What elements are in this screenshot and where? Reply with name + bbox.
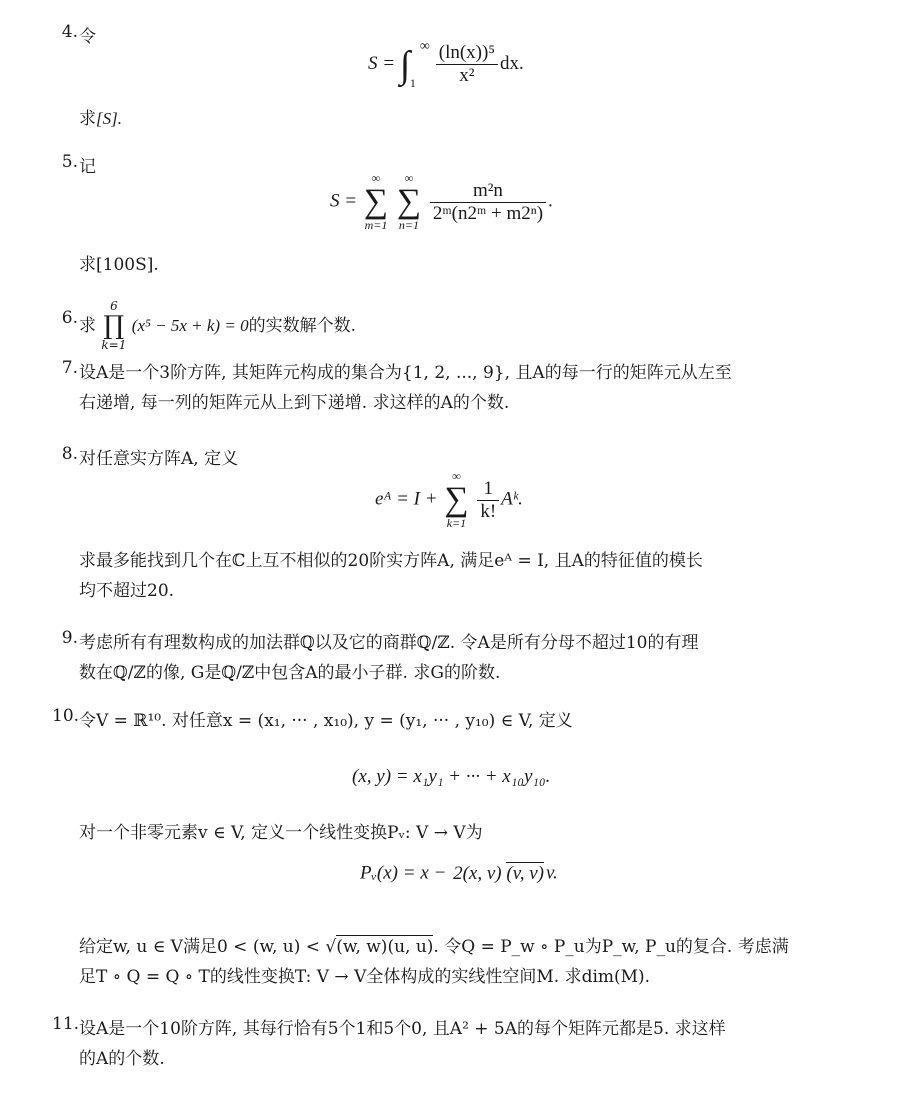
problem-9: 9. 考虑所有有理数构成的加法群ℚ以及它的商群ℚ/ℤ. 令A是所有分母不超过10…: [52, 628, 852, 688]
display-equation-reflection: Pᵥ(x) = x − 2(x, v) (v, v) v.: [360, 862, 558, 885]
problem-number: 6.: [52, 308, 78, 328]
product-symbol: 6 ∏ k=1: [101, 300, 126, 352]
square-root: (w, w)(u, u): [336, 935, 433, 957]
integral-sign: ∫∞1: [400, 43, 410, 87]
problem-5-ask: 求[100S].: [52, 250, 852, 280]
fraction: 2(x, v) (v, v): [453, 863, 544, 885]
display-equation-matrix-exponential: eᴬ = I + ∞ ∑ k=1 1 k! Aᵏ.: [375, 470, 523, 530]
sum-symbol: ∞ ∑ m=1: [364, 172, 388, 232]
problem-10-question: 给定w, u ∈ V满足0 < (w, u) < √(w, w)(u, u). …: [52, 932, 852, 992]
problem-10-middle: 对一个非零元素v ∈ V, 定义一个线性变换Pᵥ: V → V为: [52, 818, 852, 848]
problem-6: 6. 求 6 ∏ k=1 (x⁵ − 5x + k) = 0的实数解个数.: [52, 300, 852, 352]
problem-8-question: 求最多能找到几个在ℂ上互不相似的20阶实方阵A, 满足eᴬ = I, 且A的特征…: [52, 546, 852, 606]
problem-7: 7. 设A是一个3阶方阵, 其矩阵元构成的集合为{1, 2, ..., 9}, …: [52, 358, 852, 418]
problem-number: 8.: [52, 444, 78, 464]
problem-4-ask: 求[S].: [52, 104, 852, 134]
problem-number: 10.: [52, 706, 78, 726]
display-equation-inner-product: (x, y) = x₁y₁ + ··· + x₁₀y₁₀.: [352, 766, 550, 788]
display-equation-double-sum: S = ∞ ∑ m=1 ∞ ∑ n=1 m²n 2ᵐ(n2ᵐ + m2ⁿ) .: [330, 172, 553, 232]
problem-number: 9.: [52, 628, 78, 648]
display-equation-integral: S = ∫∞1 (ln(x))⁵ x² dx.: [368, 42, 524, 87]
fraction: 1 k!: [477, 478, 499, 523]
problem-number: 5.: [52, 152, 78, 172]
problem-11: 11. 设A是一个10阶方阵, 其每行恰有5个1和5个0, 且A² + 5A的每…: [52, 1014, 852, 1074]
sum-symbol: ∞ ∑ k=1: [444, 470, 468, 530]
problem-intro: 令V = ℝ¹⁰. 对任意x = (x₁, ··· , x₁₀), y = (y…: [79, 706, 852, 736]
fraction: (ln(x))⁵ x²: [436, 42, 498, 87]
problem-number: 11.: [52, 1014, 78, 1034]
problem-10: 10. 令V = ℝ¹⁰. 对任意x = (x₁, ··· , x₁₀), y …: [52, 706, 852, 736]
sum-symbol: ∞ ∑ n=1: [397, 172, 421, 232]
problem-number: 7.: [52, 358, 78, 378]
fraction: m²n 2ᵐ(n2ᵐ + m2ⁿ): [430, 180, 546, 225]
problem-number: 4.: [52, 22, 78, 42]
